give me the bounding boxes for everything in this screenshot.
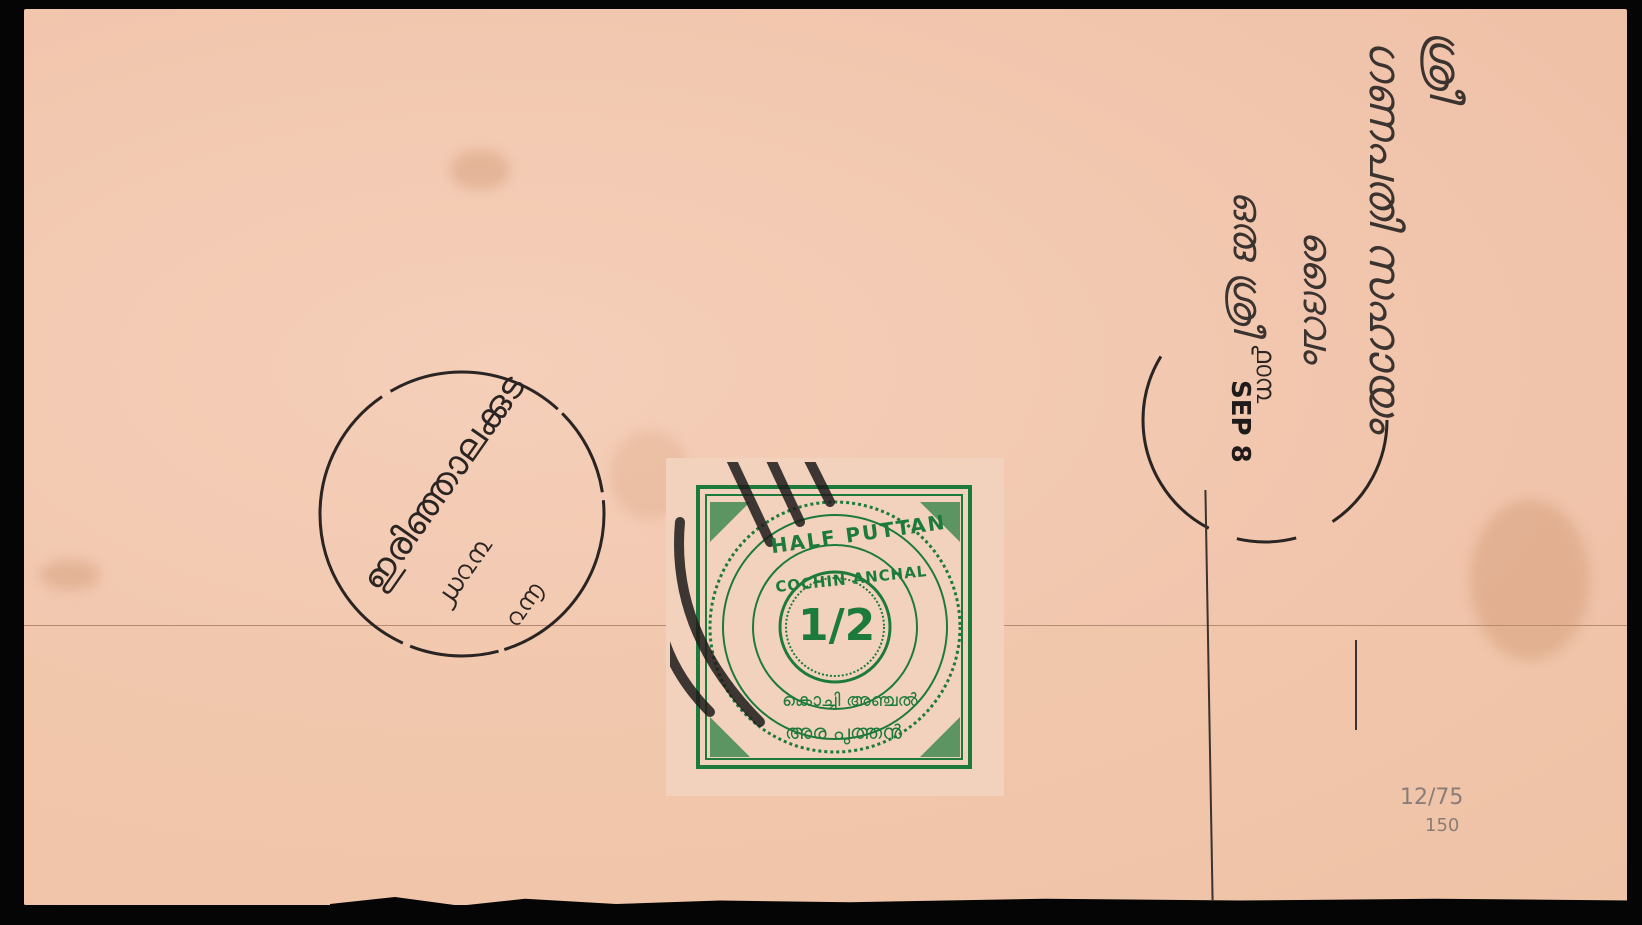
handwritten-address-line: ഗണപതി സഹായം xyxy=(1359,40,1410,432)
handwritten-address-line: ദൈവം xyxy=(1294,230,1340,363)
handwritten-stroke xyxy=(1355,640,1357,730)
postmark-left: ഇരിഞ്ഞാലക്കുട ൰൨൩ ൨൬ xyxy=(314,366,610,662)
pencil-note-price: 150 xyxy=(1425,815,1459,836)
stamp-malayalam-value: അര പുത്തൻ xyxy=(785,720,902,744)
postmark-right-date: SEP 8 xyxy=(1225,380,1255,463)
handwritten-address-line: ശ്രീ xyxy=(1419,30,1470,98)
pencil-note-ref: 12/75 xyxy=(1400,785,1463,810)
stain xyxy=(450,150,510,190)
stain xyxy=(40,560,100,590)
handwritten-address-line: ഒരു ശ്രീ xyxy=(1224,190,1270,333)
stamp-malayalam-inner: കൊച്ചി അഞ്ചൽ xyxy=(782,690,918,711)
postmark-circle-icon xyxy=(314,366,610,662)
stamp-value: 1/2 xyxy=(798,600,875,651)
postage-stamp: HALF PUTTAN COCHIN ANCHAL 1/2 കൊച്ചി അഞ്… xyxy=(670,462,1000,792)
stain xyxy=(1470,500,1590,660)
